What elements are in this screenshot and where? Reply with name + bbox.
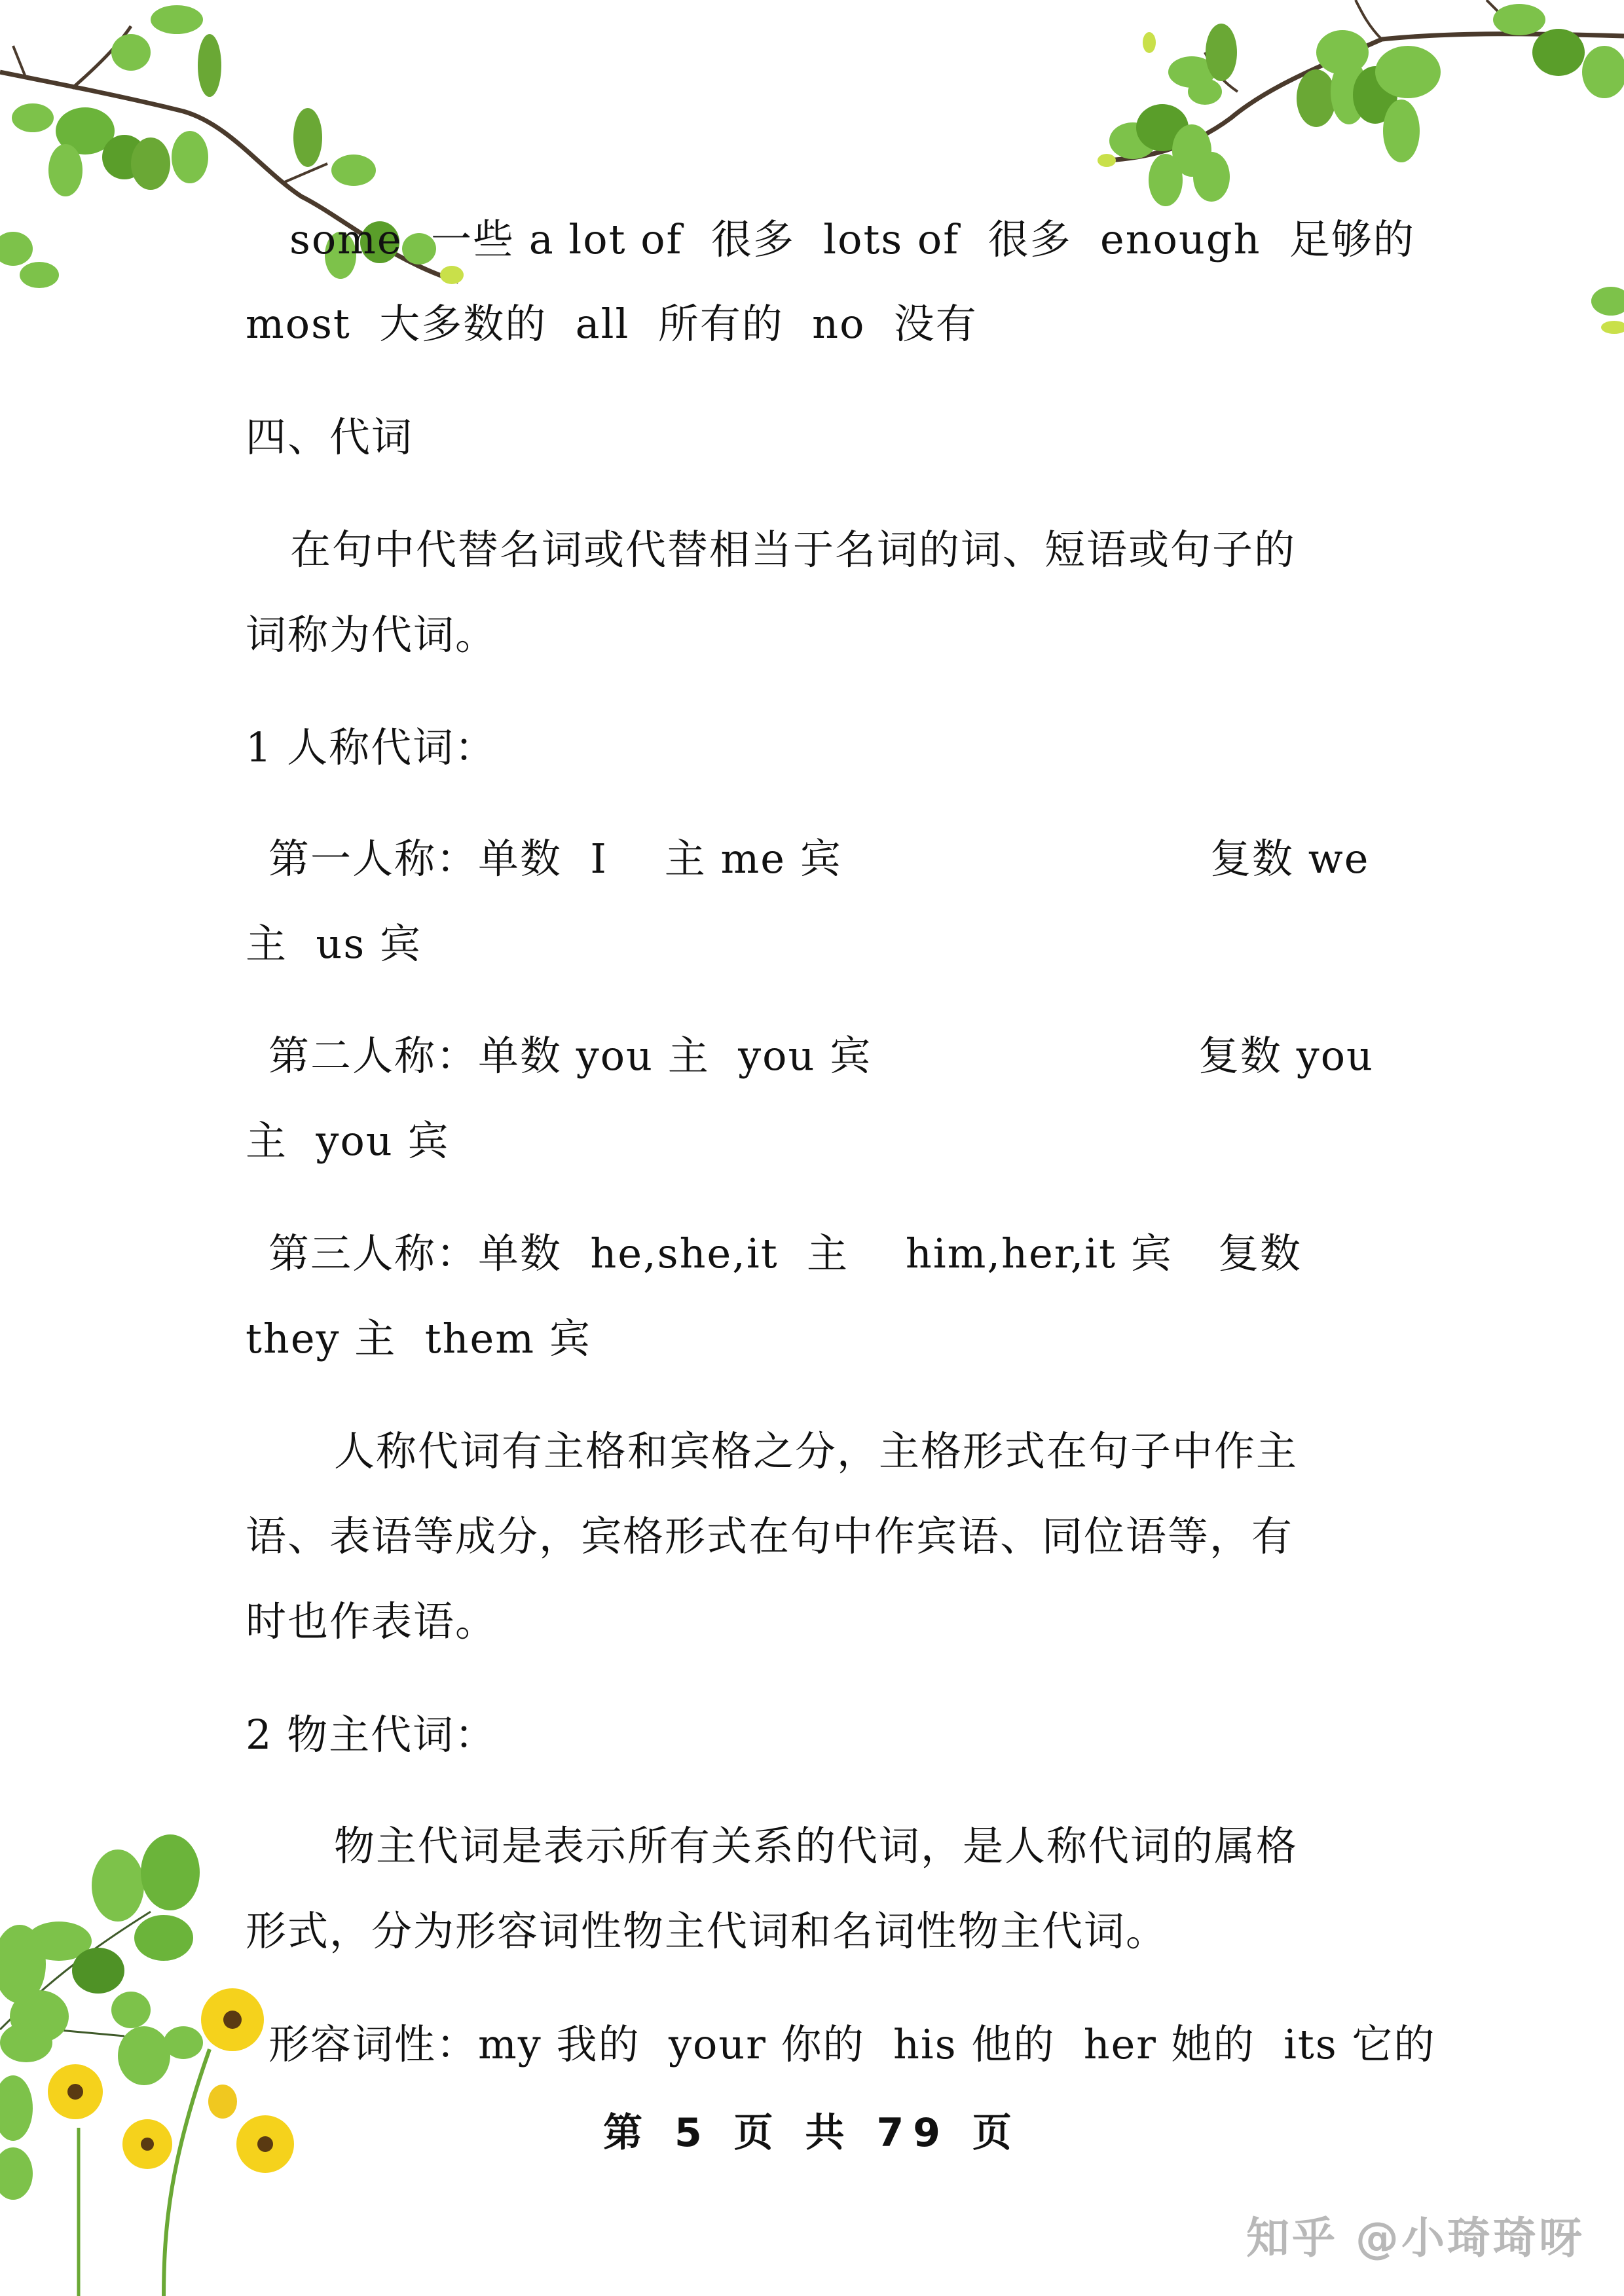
footer-prefix: 第	[603, 2110, 652, 2156]
subheading-possessive-pronouns: 2 物主代词：	[246, 1709, 496, 1761]
third-person-line-2: they 主 them 宾	[246, 1313, 591, 1365]
first-person-line-1: 第一人称：单数 I 主 me 宾	[268, 833, 842, 885]
paragraph-personal-note-line-3: 时也作表语。	[246, 1595, 497, 1648]
paragraph-definition-line-2: 词称为代词。	[246, 609, 497, 661]
text-line-quantifiers-1: some 一些 a lot of 很多 lots of 很多 enough 足够…	[289, 213, 1415, 266]
page-footer: 第 5 页 共 79 页	[0, 2102, 1624, 2158]
subheading-personal-pronouns: 1 人称代词：	[246, 721, 496, 774]
first-person-line-2: 主 us 宾	[246, 918, 422, 970]
total-pages-number: 79	[876, 2110, 950, 2156]
second-person-line-2: 主 you 宾	[246, 1115, 449, 1167]
second-person-line-1: 第二人称：单数 you 主 you 宾	[268, 1030, 872, 1082]
watermark: 知乎 @小琦琦呀	[1246, 2203, 1585, 2265]
paragraph-possessive-note-line-2: 形式，分为形容词性物主代词和名词性物主代词。	[246, 1905, 1168, 1958]
paragraph-possessive-note-line-1: 物主代词是表示所有关系的代词，是人称代词的属格	[334, 1820, 1298, 1872]
footer-mid: 页 共	[734, 2110, 854, 2156]
paragraph-personal-note-line-2: 语、表语等成分，宾格形式在句中作宾语、同位语等，有	[246, 1510, 1293, 1563]
section-heading: 四、代词	[246, 411, 413, 464]
paragraph-definition-line-1: 在句中代替名词或代替相当于名词的词、短语或句子的	[290, 524, 1296, 576]
third-person-line-1: 第三人称：单数 he,she,it 主 him,her,it 宾	[268, 1228, 1173, 1280]
paragraph-personal-note-line-1: 人称代词有主格和宾格之分，主格形式在句子中作主	[334, 1425, 1298, 1478]
current-page-number: 5	[674, 2110, 711, 2156]
first-person-plural: 复数 we	[1210, 833, 1369, 885]
footer-suffix: 页	[972, 2110, 1021, 2156]
second-person-plural: 复数 you	[1198, 1030, 1374, 1082]
document-page: some 一些 a lot of 很多 lots of 很多 enough 足够…	[0, 0, 1624, 2296]
third-person-plural: 复数	[1218, 1228, 1302, 1280]
text-line-quantifiers-2: most 大多数的 all 所有的 no 没有	[246, 298, 978, 350]
adjective-possessive-line: 形容词性：my 我的 your 你的 his 他的 her 她的 its 它的	[268, 2018, 1435, 2071]
